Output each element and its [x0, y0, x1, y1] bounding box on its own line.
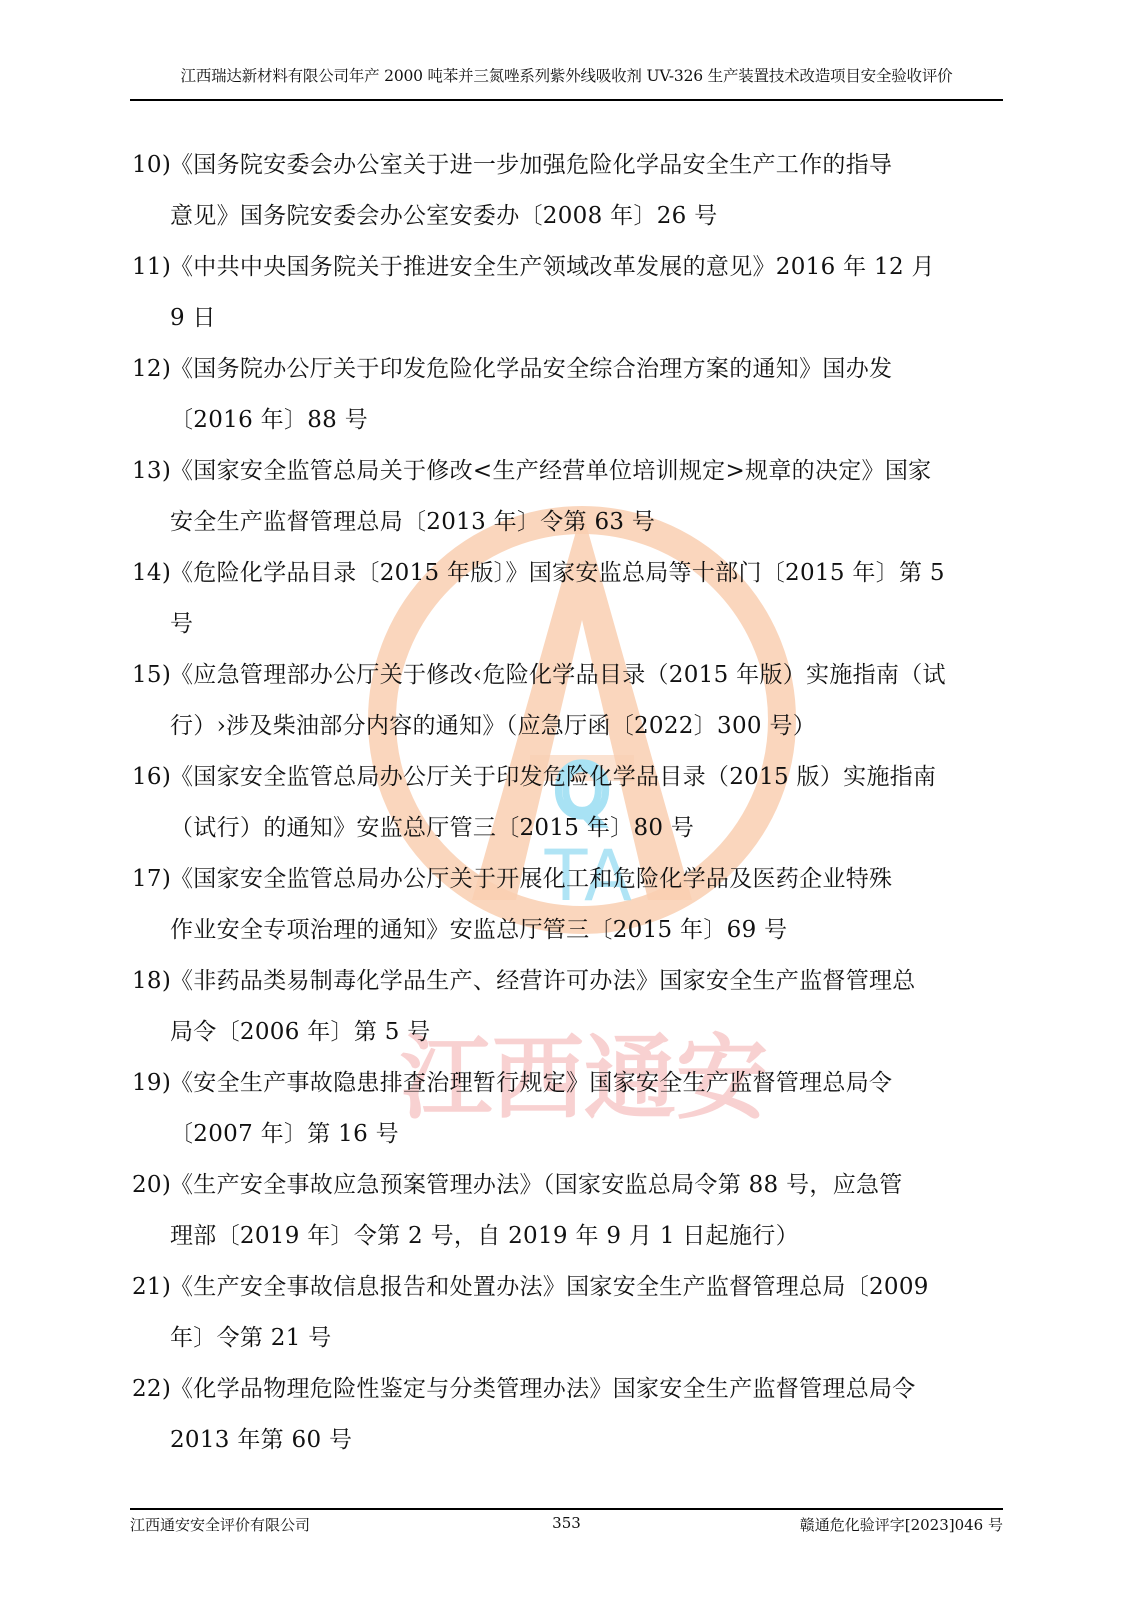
list-item: 10)《国务院安委会办公室关于进一步加强危险化学品安全生产工作的指导意见》国务院…: [132, 140, 1004, 242]
list-item: 14)《危险化学品目录〔2015 年版〕》国家安监总局等十部门〔2015 年〕第…: [132, 548, 1004, 650]
list-item: 15)《应急管理部办公厅关于修改‹危险化学品目录（2015 年版）实施指南（试行…: [132, 650, 1004, 752]
header-divider: [130, 99, 1003, 101]
list-item: 21)《生产安全事故信息报告和处置办法》国家安全生产监督管理总局〔2009年〕令…: [132, 1262, 1004, 1364]
list-item: 11)《中共中央国务院关于推进安全生产领域改革发展的意见》2016 年 12 月…: [132, 242, 1004, 344]
list-item: 20)《生产安全事故应急预案管理办法》（国家安监总局令第 88 号，应急管理部〔…: [132, 1160, 1004, 1262]
list-item: 19)《安全生产事故隐患排查治理暂行规定》国家安全生产监督管理总局令〔2007 …: [132, 1058, 1004, 1160]
list-item: 18)《非药品类易制毒化学品生产、经营许可办法》国家安全生产监督管理总局令〔20…: [132, 956, 1004, 1058]
list-item: 17)《国家安全监管总局办公厅关于开展化工和危险化学品及医药企业特殊作业安全专项…: [132, 854, 1004, 956]
footer-divider: [130, 1508, 1003, 1510]
reference-list: 10)《国务院安委会办公室关于进一步加强危险化学品安全生产工作的指导意见》国务院…: [132, 140, 1004, 1466]
page-header-title: 江西瑞达新材料有限公司年产 2000 吨苯并三氮唑系列紫外线吸收剂 UV-326…: [130, 64, 1003, 86]
list-item: 16)《国家安全监管总局办公厅关于印发危险化学品目录（2015 版）实施指南（试…: [132, 752, 1004, 854]
list-item: 13)《国家安全监管总局关于修改<生产经营单位培训规定>规章的决定》国家安全生产…: [132, 446, 1004, 548]
list-item: 12)《国务院办公厅关于印发危险化学品安全综合治理方案的通知》国办发〔2016 …: [132, 344, 1004, 446]
list-item: 22)《化学品物理危险性鉴定与分类管理办法》国家安全生产监督管理总局令2013 …: [132, 1364, 1004, 1466]
footer-doc-number: 赣通危化验评字[2023]046 号: [800, 1514, 1003, 1535]
